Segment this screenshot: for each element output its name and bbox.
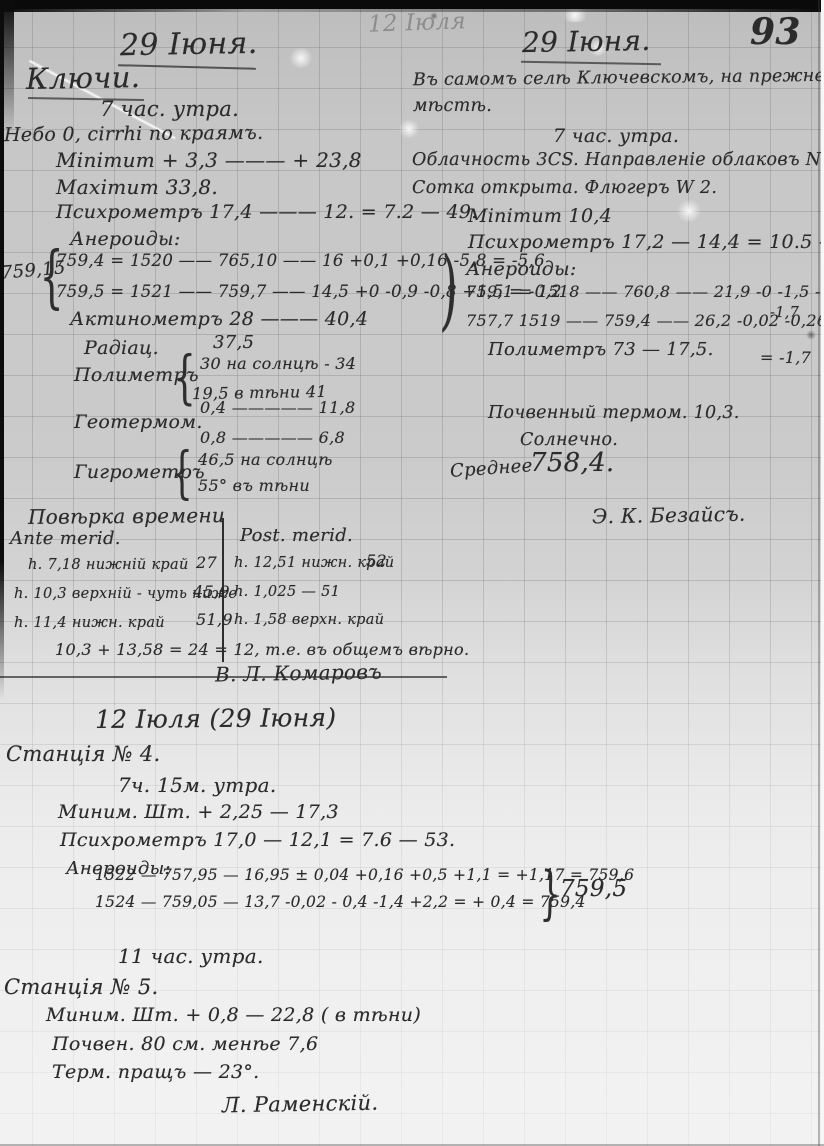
scan-artifact	[806, 330, 816, 340]
right-aneroid-paren: )	[439, 245, 459, 335]
scan-corner-shadow	[0, 0, 14, 135]
left-actinometer: Актинометръ 28 ——— 40,4	[70, 310, 368, 329]
time-check-row-left: h. 7,18 нижній край	[28, 558, 189, 573]
scanned-journal-page: 12 Іюля 93 29 Іюня. Ключи. 7 час. утра. …	[0, 0, 824, 1146]
scan-artifact	[398, 120, 420, 138]
left-radiation-label: Радіац.	[84, 339, 159, 358]
station5-title: Станція № 5.	[4, 977, 158, 998]
scan-top-border-shadow	[0, 9, 824, 12]
time-check-col2-header: Post. merid.	[240, 527, 353, 545]
station5-sling-thermometer: Терм. пращъ — 23°.	[52, 1063, 260, 1082]
station4-psychrometer: Психрометръ 17,0 — 12,1 = 7.6 — 53.	[60, 831, 455, 850]
right-date-heading: 29 Іюня.	[522, 27, 651, 57]
time-check-conclusion: 10,3 + 13,58 = 24 = 12, т.е. въ общемъ в…	[55, 642, 469, 658]
left-geothermometer-label: Геотермом.	[74, 413, 203, 432]
left-psychrometer: Психрометръ 17,4 ——— 12. = 7.2 — 49.	[56, 203, 478, 222]
time-check-row-left: h. 11,4 нижн. край	[14, 616, 165, 631]
left-hygrometer-brace: {	[171, 446, 193, 502]
right-sotka-flag: Сотка открыта. Флюгеръ W 2.	[412, 180, 717, 198]
left-location: Ключи.	[26, 63, 141, 94]
right-location-line2: мѣстѣ.	[413, 98, 492, 116]
station4-aneroid-line2: 1524 — 759,05 — 13,7 -0,02 - 0,4 -1,4 +2…	[95, 895, 586, 911]
left-sky-note: Небо 0, cirrhi по краямъ.	[4, 124, 264, 145]
left-date-heading: 29 Іюня.	[120, 29, 258, 61]
left-minimum: Minimum + 3,3 ——— + 23,8	[56, 150, 362, 170]
pencil-date-note: 12 Іюля	[368, 10, 467, 36]
right-clouds: Облачность 3CS. Направленіе облаковъ NNW…	[412, 152, 824, 170]
page-number: 93	[750, 14, 801, 50]
time-check-title: Повѣрка времени	[28, 505, 225, 527]
time-check-col1-header: Ante merid.	[10, 530, 121, 548]
left-hygrometer-shade: 55° въ тѣни	[198, 478, 310, 494]
scan-right-edge-line	[818, 0, 820, 1146]
right-mean-value: 758,4.	[530, 450, 615, 476]
left-observer-signature: В. Л. Комаровъ	[215, 662, 382, 685]
scan-artifact	[676, 200, 702, 222]
left-polymeter-sun: 30 на солнцѣ - 34	[200, 356, 356, 372]
right-aneroid-line2: 757,7 1519 —— 759,4 —— 26,2 -0,02 -0,26 …	[466, 313, 824, 329]
station4-aneroid-mean: 759,5	[560, 878, 627, 901]
time-check-row-left-value: 27	[196, 555, 217, 571]
right-location-line1: Въ самомъ селѣ Ключевскомъ, на прежнем	[413, 68, 824, 90]
station4-mean-brace: }	[540, 863, 562, 923]
right-weather: Солнечно.	[520, 432, 618, 450]
right-psychrometer: Психрометръ 17,2 — 14,4 = 10.5 — 72.	[468, 233, 824, 252]
time-check-row-left-value: 45,9	[193, 584, 230, 600]
time-check-row-right: h. 1,58 верхн. край	[234, 613, 384, 628]
left-radiation-value: 37,5	[213, 334, 254, 352]
right-time: 7 час. утра.	[553, 127, 679, 146]
section-separator-line	[0, 676, 447, 678]
station5-time: 11 час. утра.	[118, 946, 264, 966]
right-polymeter: Полиметръ 73 — 17,5.	[488, 341, 714, 359]
left-geothermometer-line1: 0,4 ————— 11,8	[200, 400, 355, 416]
right-aneroids-label: Анероиды:	[466, 260, 577, 279]
right-minimum: Minimum 10,4	[468, 207, 612, 226]
station4-title: Станція № 4.	[6, 744, 160, 765]
time-check-row-left-value: 51,9	[196, 612, 233, 628]
time-check-row-right: h. 1,025 — 51	[234, 585, 340, 600]
right-correction: = -1,7	[760, 350, 811, 366]
right-observer-signature: Э. К. Безайсъ.	[592, 504, 746, 527]
left-geothermometer-line2: 0,8 ————— 6,8	[200, 430, 345, 446]
scan-artifact	[288, 48, 314, 68]
left-maximum: Maximum 33,8.	[56, 177, 218, 197]
bottom-date-heading: 12 Іюля (29 Іюня)	[95, 705, 337, 732]
station4-minimum: Миним. Шт. + 2,25 — 17,3	[58, 803, 339, 822]
station5-soil: Почвен. 80 см. менѣе 7,6	[52, 1035, 318, 1054]
left-time: 7 час. утра.	[100, 99, 239, 120]
station5-observer-signature: Л. Раменскій.	[222, 1093, 379, 1117]
left-hygrometer-sun: 46,5 на солнцѣ	[198, 452, 333, 468]
scan-top-border	[0, 0, 824, 9]
right-soil-thermometer: Почвенный термом. 10,3.	[488, 405, 740, 423]
right-aneroid-line1: 759,1 = 1518 —— 760,8 —— 21,9 -0 -1,5 -0…	[466, 284, 824, 300]
left-aneroids-label: Анероиды:	[70, 230, 181, 249]
station4-time: 7ч. 15м. утра.	[118, 775, 276, 795]
station5-minimum: Миним. Шт. + 0,8 — 22,8 ( в тѣни)	[46, 1006, 421, 1025]
time-check-row-right-value: 52	[366, 553, 387, 569]
